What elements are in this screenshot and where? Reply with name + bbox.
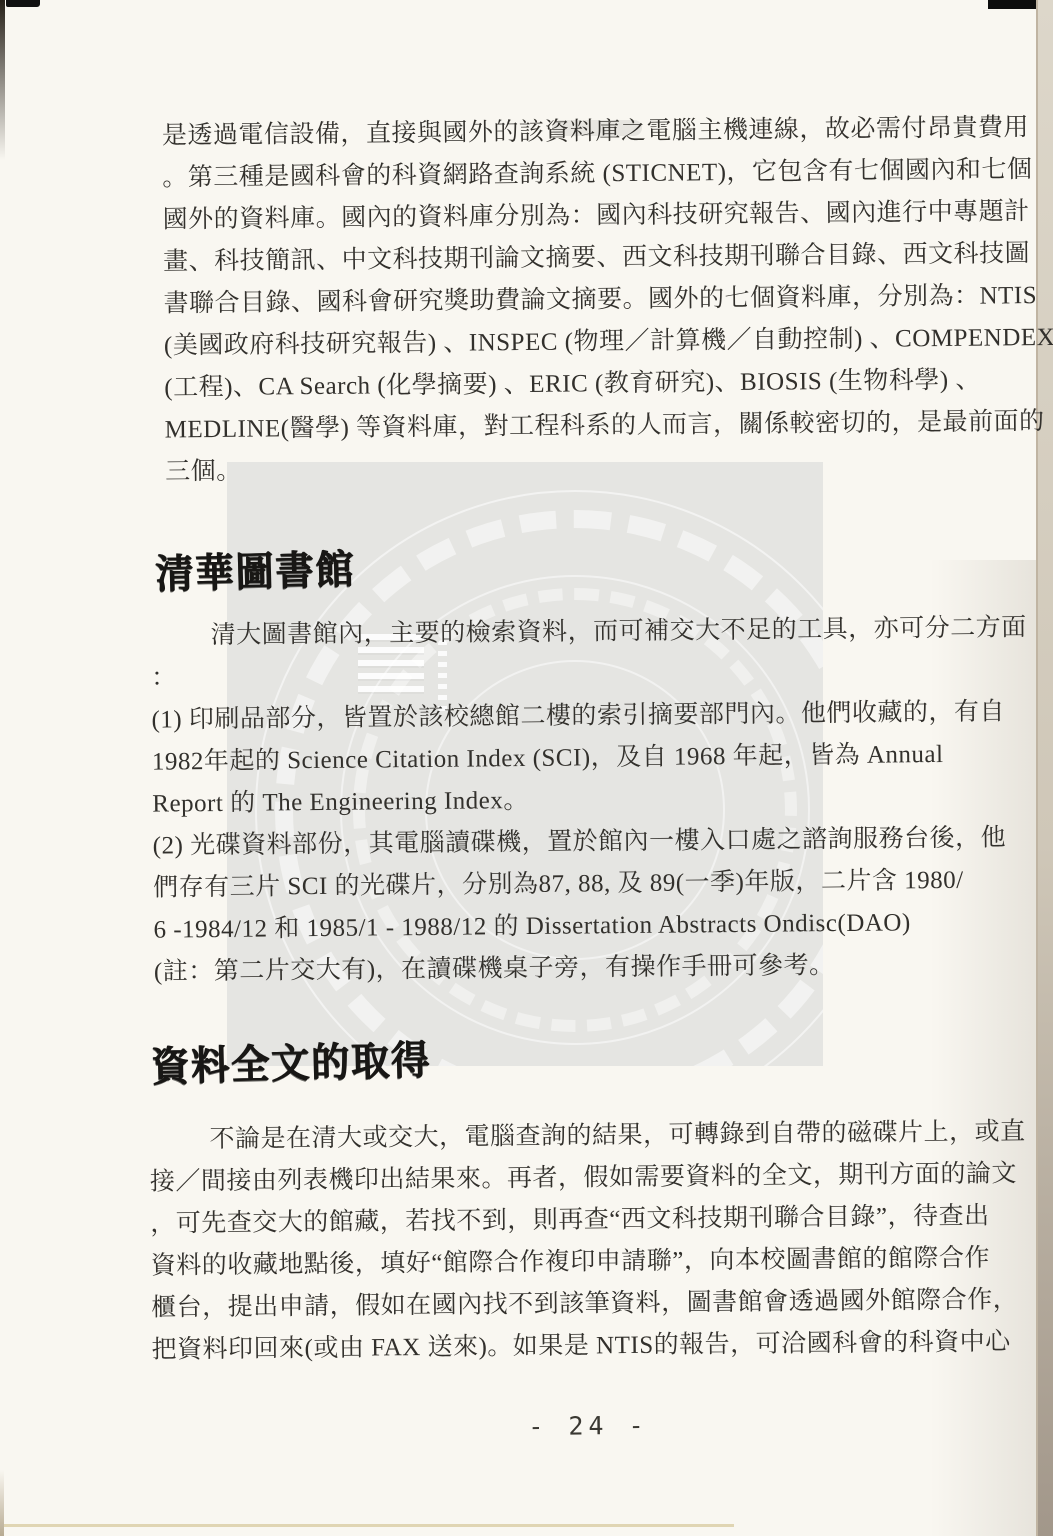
document-content: 是透過電信設備，直接與國外的該資料庫之電腦主機連線，故必需付昂貴費用 。第三種是… [0, 0, 1053, 1536]
section1-item2-line: 6 -1984/12 和 1985/1 - 1988/12 的 Disserta… [153, 901, 1033, 951]
section-heading-fulltext-retrieval: 資料全文的取得 [150, 1027, 431, 1092]
scanned-document-page: 是透過電信設備，直接與國外的該資料庫之電腦主機連線，故必需付昂貴費用 。第三種是… [0, 0, 1053, 1536]
scan-artifact-bottom-left [0, 1470, 4, 1536]
page-number: - 24 - [528, 1411, 649, 1441]
section1-item2-line: (註：第二片交大有)，在讀碟機桌子旁，有操作手冊可參考。 [154, 943, 1034, 993]
section1-paragraph-line: 清大圖書館內，主要的檢索資料，而可補交大不足的工具，亦可分二方面 [151, 607, 1031, 657]
intro-line: MEDLINE(醫學) 等資料庫，對工程科系的人而言，關係較密切的，是最前面的 [165, 401, 1031, 451]
section2-paragraph-line: 把資料印回來(或由 FAX 送來)。如果是 NTIS的報告，可洽國科會的科資中心 [151, 1321, 1037, 1372]
intro-paragraph: 是透過電信設備，直接與國外的該資料庫之電腦主機連線，故必需付昂貴費用 。第三種是… [162, 107, 1032, 493]
section-heading-tsinghua-library: 清華圖書館 [154, 536, 355, 599]
section1-item1-line: 1982年起的 Science Citation Index (SCI)，及自 … [152, 733, 1032, 783]
section1-body: 清大圖書館內，主要的檢索資料，而可補交大不足的工具，亦可分二方面 ： (1) 印… [151, 607, 1035, 993]
section2-body: 不論是在清大或交大，電腦查詢的結果，可轉錄到自帶的磁碟片上，或直 接／間接由列表… [149, 1111, 1037, 1371]
intro-line: 三個。 [165, 443, 1031, 493]
